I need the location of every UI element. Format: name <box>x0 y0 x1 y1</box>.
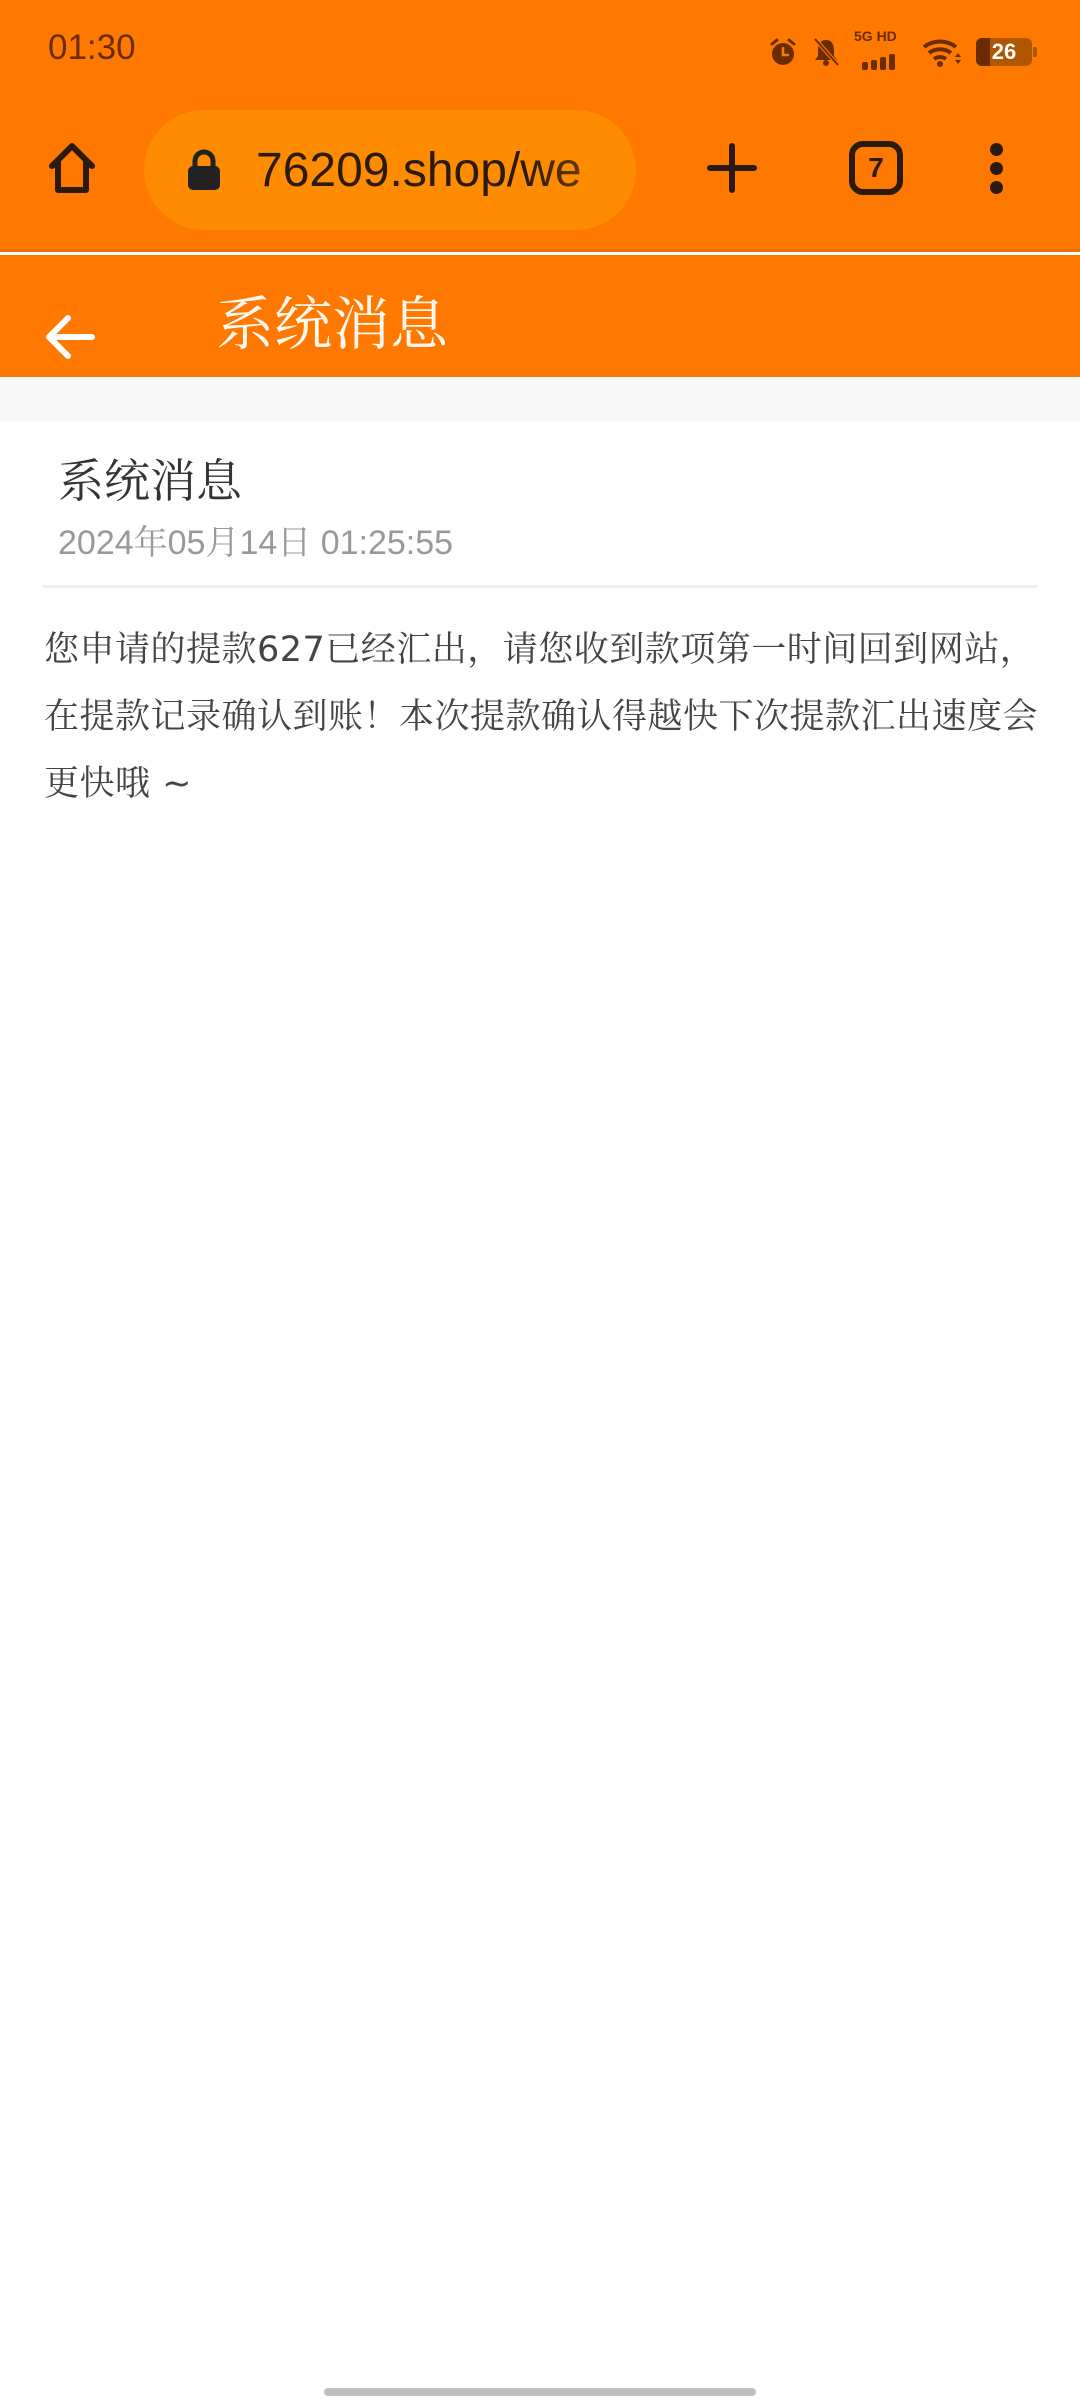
url-bar[interactable]: 76209.shop/we <box>144 110 636 230</box>
tab-count: 7 <box>868 152 884 184</box>
tabs-button[interactable]: 7 <box>840 132 912 204</box>
arrow-left-icon <box>40 305 104 369</box>
bell-muted-icon <box>812 37 840 67</box>
alarm-icon <box>768 37 798 67</box>
divider <box>42 585 1038 588</box>
home-icon <box>44 140 100 196</box>
lock-icon <box>186 148 222 192</box>
page-header: 系统消息 <box>0 255 1080 377</box>
home-button[interactable] <box>36 132 108 204</box>
hidden-tab-strip <box>0 377 1080 421</box>
message-date: 2024年05月14日 01:25:55 <box>58 515 453 564</box>
battery-level: 26 <box>976 39 1032 65</box>
status-icons: 5G HD 26 <box>768 32 1032 72</box>
message-body: 您申请的提款627已经汇出，请您收到款项第一时间回到网站，在提款记录确认到账！本… <box>44 617 1044 818</box>
tabs-icon: 7 <box>849 141 903 195</box>
more-vert-icon <box>990 143 1003 156</box>
back-button[interactable] <box>40 305 104 369</box>
plus-icon <box>706 142 758 194</box>
browser-toolbar: 76209.shop/we 7 <box>0 102 1080 252</box>
page-title: 系统消息 <box>216 277 448 361</box>
message-title: 系统消息 <box>58 445 242 511</box>
battery-icon: 26 <box>976 38 1032 66</box>
wifi-icon <box>922 37 962 67</box>
more-menu-button[interactable] <box>960 132 1032 204</box>
url-text[interactable]: 76209.shop/we <box>256 143 616 198</box>
gesture-bar[interactable] <box>324 2388 756 2396</box>
status-bar: 01:30 5G HD <box>0 0 1080 102</box>
status-time: 01:30 <box>48 28 136 68</box>
new-tab-button[interactable] <box>696 132 768 204</box>
signal-5g-hd-icon: 5G HD <box>854 32 908 72</box>
